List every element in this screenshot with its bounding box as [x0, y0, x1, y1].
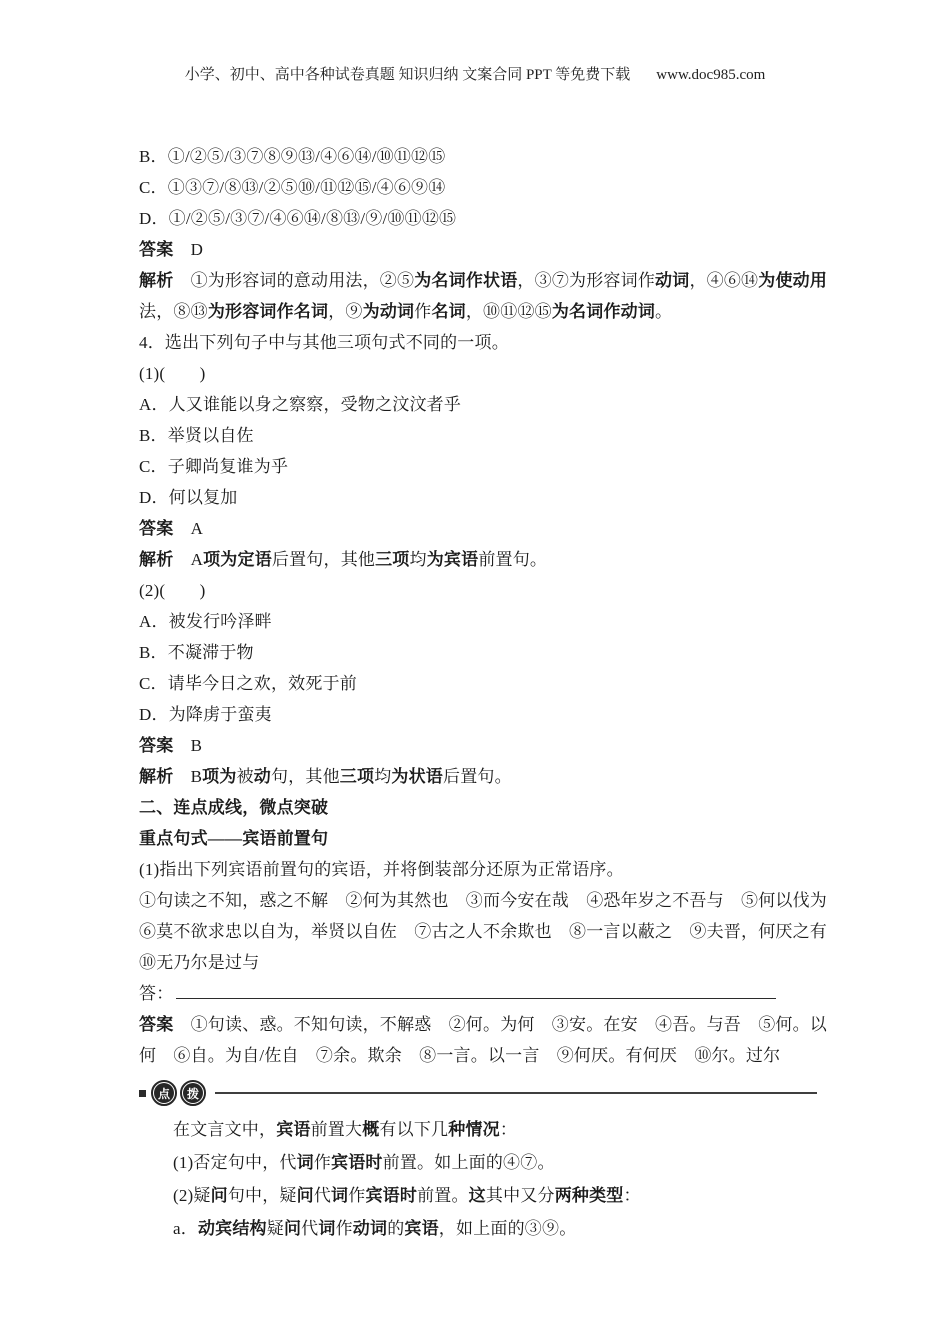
- text-segment: 其中又分: [486, 1186, 555, 1205]
- text-segment: 动词: [655, 271, 689, 290]
- text-segment: 为形容词作名词: [208, 302, 328, 321]
- text-segment: B: [173, 767, 202, 786]
- answer-q3: 答案 D: [139, 234, 820, 265]
- text-segment: 后置句。: [443, 767, 512, 786]
- text-segment: 前置。: [417, 1186, 469, 1205]
- text-segment: 种情况: [448, 1120, 500, 1139]
- option-d-q4-1: D．何以复加: [139, 482, 820, 513]
- exercise-items-line2: ⑥莫不欲求忠以自为，举贤以自佐 ⑦古之人不余欺也 ⑧一言以蔽之 ⑨夫晋，何厌之有: [139, 916, 820, 947]
- tip-badge-dian-icon: 点: [151, 1080, 177, 1106]
- text-segment: D．①/②⑤/③⑦/④⑥⑭/⑧⑬/⑨/⑩⑪⑫⑮: [139, 209, 456, 228]
- text-segment: 答案: [139, 240, 173, 259]
- option-d-q3: D．①/②⑤/③⑦/④⑥⑭/⑧⑬/⑨/⑩⑪⑫⑮: [139, 203, 820, 234]
- text-segment: 前置大: [311, 1120, 363, 1139]
- text-segment: 动词: [353, 1219, 387, 1238]
- option-b-q4-2: B．不凝滞于物: [139, 637, 820, 668]
- text-segment: ：: [500, 1120, 517, 1139]
- text-segment: ，如上面的③⑨。: [439, 1219, 577, 1238]
- text-segment: 问: [211, 1186, 228, 1205]
- bullet-square-icon: [139, 1090, 146, 1097]
- section-2-heading: 二、连点成线，微点突破: [139, 792, 820, 823]
- text-segment: C．子卿尚复谁为乎: [139, 457, 288, 476]
- analysis-q4-1: 解析 A项为定语后置句，其他三项均为宾语前置句。: [139, 544, 820, 575]
- text-segment: 名词: [431, 302, 465, 321]
- text-segment: 在文言文中，: [173, 1120, 276, 1139]
- text-segment: ：: [624, 1186, 641, 1205]
- text-segment: 为宾语: [427, 550, 479, 569]
- tip-line-2: (1)否定句中，代词作宾语时前置。如上面的④⑦。: [173, 1146, 820, 1179]
- text-segment: C．请毕今日之欢，效死于前: [139, 674, 357, 693]
- option-a-q4-2: A．被发行吟泽畔: [139, 606, 820, 637]
- option-a-q4-1: A．人又谁能以身之察察，受物之汶汶者乎: [139, 389, 820, 420]
- document-page: 小学、初中、高中各种试卷真题 知识归纳 文案合同 PPT 等免费下载www.do…: [0, 0, 950, 1344]
- text-segment: A: [173, 519, 203, 538]
- text-segment: B: [173, 736, 202, 755]
- text-segment: 这: [469, 1186, 486, 1205]
- text-segment: 前置。如上面的④⑦。: [383, 1153, 555, 1172]
- text-segment: 法，⑧⑬: [139, 302, 208, 321]
- text-segment: 两种类型: [555, 1186, 624, 1205]
- text-segment: 均: [410, 550, 427, 569]
- text-segment: 三项: [375, 550, 409, 569]
- text-segment: 作: [336, 1219, 353, 1238]
- tip-callout-header: 点 拨: [139, 1079, 817, 1107]
- text-segment: 词: [297, 1153, 314, 1172]
- tip-badge-ba-icon: 拨: [180, 1080, 206, 1106]
- question-4-part1: (1)( ): [139, 358, 820, 389]
- text-segment: ①句读之不知，惑之不解 ②何为其然也 ③而今安在哉 ④恐年岁之不吾与 ⑤何以伐为: [139, 891, 827, 910]
- text-segment: 问: [297, 1186, 314, 1205]
- question-4-stem: 4．选出下列句子中与其他三项句式不同的一项。: [139, 327, 820, 358]
- tip-badge-ba-label: 拨: [183, 1083, 203, 1103]
- text-segment: 代: [314, 1186, 331, 1205]
- exercise-1-instruction: (1)指出下列宾语前置句的宾语，并将倒装部分还原为正常语序。: [139, 854, 820, 885]
- tip-line-3: (2)疑问句中，疑问代词作宾语时前置。这其中又分两种类型：: [173, 1179, 820, 1212]
- text-segment: 均: [374, 767, 391, 786]
- text-segment: 二、连点成线，微点突破: [139, 798, 328, 817]
- text-segment: 为名词作动词: [552, 302, 655, 321]
- text-segment: (2)( ): [139, 581, 206, 600]
- text-segment: A．被发行吟泽畔: [139, 612, 272, 631]
- tip-badge-dian-label: 点: [154, 1083, 174, 1103]
- text-segment: 概: [362, 1120, 379, 1139]
- page-header: 小学、初中、高中各种试卷真题 知识归纳 文案合同 PPT 等免费下载www.do…: [0, 0, 950, 84]
- option-c-q4-1: C．子卿尚复谁为乎: [139, 451, 820, 482]
- answer-blank-line: [176, 985, 776, 999]
- question-4-part2: (2)( ): [139, 575, 820, 606]
- text-segment: 作: [348, 1186, 365, 1205]
- text-segment: 宾语: [276, 1120, 310, 1139]
- text-segment: (1)否定句中，代: [173, 1153, 297, 1172]
- text-segment: 后置句，其他: [272, 550, 375, 569]
- answer-prompt: 答：: [139, 978, 820, 1009]
- text-segment: 4．选出下列句子中与其他三项句式不同的一项。: [139, 333, 509, 352]
- option-c-q3: C．①③⑦/⑧⑬/②⑤⑩/⑪⑫⑮/④⑥⑨⑭: [139, 172, 820, 203]
- tip-body: 在文言文中，宾语前置大概有以下几种情况：(1)否定句中，代词作宾语时前置。如上面…: [173, 1113, 820, 1245]
- text-segment: D．为降虏于蛮夷: [139, 705, 272, 724]
- text-segment: 宾语时: [331, 1153, 383, 1172]
- text-segment: 句，其他: [271, 767, 340, 786]
- text-segment: 答案: [139, 1015, 173, 1034]
- header-site-url: www.doc985.com: [656, 67, 765, 83]
- text-segment: ⑩无乃尔是过与: [139, 953, 259, 972]
- text-segment: 前置句。: [478, 550, 547, 569]
- header-text: 小学、初中、高中各种试卷真题 知识归纳 文案合同 PPT 等免费下载: [185, 67, 631, 83]
- analysis-q3-line2: 法，⑧⑬为形容词作名词，⑨为动词作名词，⑩⑪⑫⑮为名词作动词。: [139, 296, 820, 327]
- text-segment: 动: [254, 767, 271, 786]
- answer-q4-2: 答案 B: [139, 730, 820, 761]
- text-segment: 为名词作状语: [414, 271, 517, 290]
- text-segment: B．不凝滞于物: [139, 643, 254, 662]
- exercise-answer-line2: 何 ⑥自。为自/佐自 ⑦余。欺余 ⑧一言。以一言 ⑨何厌。有何厌 ⑩尔。过尔: [139, 1040, 820, 1071]
- answer-q4-1: 答案 A: [139, 513, 820, 544]
- text-segment: B．①/②⑤/③⑦⑧⑨⑬/④⑥⑭/⑩⑪⑫⑮: [139, 147, 445, 166]
- analysis-q4-2: 解析 B项为被动句，其他三项均为状语后置句。: [139, 761, 820, 792]
- text-segment: ①句读、惑。不知句读，不解惑 ②何。为何 ③安。在安 ④吾。与吾 ⑤何。以: [173, 1015, 827, 1034]
- tip-divider-line: [215, 1092, 817, 1094]
- text-segment: ，⑩⑪⑫⑮: [466, 302, 552, 321]
- text-segment: (2)疑: [173, 1186, 211, 1205]
- text-segment: 解析: [139, 550, 173, 569]
- text-segment: 为使动用: [758, 271, 827, 290]
- text-segment: 解析: [139, 767, 173, 786]
- exercise-answer-line1: 答案 ①句读、惑。不知句读，不解惑 ②何。为何 ③安。在安 ④吾。与吾 ⑤何。以: [139, 1009, 820, 1040]
- text-segment: 疑: [267, 1219, 284, 1238]
- text-segment: 项为: [202, 767, 236, 786]
- option-b-q4-1: B．举贤以自佐: [139, 420, 820, 451]
- text-segment: 词: [318, 1219, 335, 1238]
- text-segment: a．: [173, 1219, 198, 1238]
- text-segment: ，③⑦为形容词作: [517, 271, 655, 290]
- text-segment: 的: [387, 1219, 404, 1238]
- text-segment: 答案: [139, 519, 173, 538]
- text-segment: 三项: [340, 767, 374, 786]
- text-segment: 为动词: [363, 302, 415, 321]
- text-segment: 答案: [139, 736, 173, 755]
- text-segment: A．人又谁能以身之察察，受物之汶汶者乎: [139, 395, 461, 414]
- text-segment: 何 ⑥自。为自/佐自 ⑦余。欺余 ⑧一言。以一言 ⑨何厌。有何厌 ⑩尔。过尔: [139, 1046, 780, 1065]
- text-segment: D: [173, 240, 203, 259]
- text-segment: A: [173, 550, 203, 569]
- option-b-q3: B．①/②⑤/③⑦⑧⑨⑬/④⑥⑭/⑩⑪⑫⑮: [139, 141, 820, 172]
- text-segment: 宾语时: [365, 1186, 417, 1205]
- text-segment: ，⑨: [328, 302, 362, 321]
- text-segment: 。: [655, 302, 672, 321]
- text-segment: D．何以复加: [139, 488, 237, 507]
- text-segment: 动宾结构: [198, 1219, 267, 1238]
- text-segment: 为状语: [391, 767, 443, 786]
- exercise-items-line1: ①句读之不知，惑之不解 ②何为其然也 ③而今安在哉 ④恐年岁之不吾与 ⑤何以伐为: [139, 885, 820, 916]
- exercise-items-line3: ⑩无乃尔是过与: [139, 947, 820, 978]
- text-segment: ⑥莫不欲求忠以自为，举贤以自佐 ⑦古之人不余欺也 ⑧一言以蔽之 ⑨夫晋，何厌之有: [139, 922, 827, 941]
- text-segment: ，④⑥⑭: [689, 271, 758, 290]
- text-segment: 重点句式——宾语前置句: [139, 829, 328, 848]
- text-segment: 作: [314, 1153, 331, 1172]
- text-segment: ①为形容词的意动用法，②⑤: [173, 271, 414, 290]
- text-segment: 句中，疑: [228, 1186, 297, 1205]
- text-segment: 有以下几: [379, 1120, 448, 1139]
- tip-line-4: a．动宾结构疑问代词作动词的宾语，如上面的③⑨。: [173, 1212, 820, 1245]
- text-segment: 词: [331, 1186, 348, 1205]
- text-segment: 作: [414, 302, 431, 321]
- text-segment: 被: [237, 767, 254, 786]
- text-segment: 问: [284, 1219, 301, 1238]
- text-segment: (1)( ): [139, 364, 206, 383]
- option-d-q4-2: D．为降虏于蛮夷: [139, 699, 820, 730]
- text-segment: B．举贤以自佐: [139, 426, 254, 445]
- text-segment: 宾语: [404, 1219, 438, 1238]
- text-segment: 项为定语: [203, 550, 272, 569]
- text-segment: 答：: [139, 984, 173, 1003]
- key-pattern-heading: 重点句式——宾语前置句: [139, 823, 820, 854]
- option-c-q4-2: C．请毕今日之欢，效死于前: [139, 668, 820, 699]
- tip-line-1: 在文言文中，宾语前置大概有以下几种情况：: [173, 1113, 820, 1146]
- document-body: B．①/②⑤/③⑦⑧⑨⑬/④⑥⑭/⑩⑪⑫⑮C．①③⑦/⑧⑬/②⑤⑩/⑪⑫⑮/④⑥…: [139, 141, 820, 1071]
- text-segment: 代: [301, 1219, 318, 1238]
- text-segment: (1)指出下列宾语前置句的宾语，并将倒装部分还原为正常语序。: [139, 860, 624, 879]
- analysis-q3-line1: 解析 ①为形容词的意动用法，②⑤为名词作状语，③⑦为形容词作动词，④⑥⑭为使动用: [139, 265, 820, 296]
- text-segment: C．①③⑦/⑧⑬/②⑤⑩/⑪⑫⑮/④⑥⑨⑭: [139, 178, 445, 197]
- text-segment: 解析: [139, 271, 173, 290]
